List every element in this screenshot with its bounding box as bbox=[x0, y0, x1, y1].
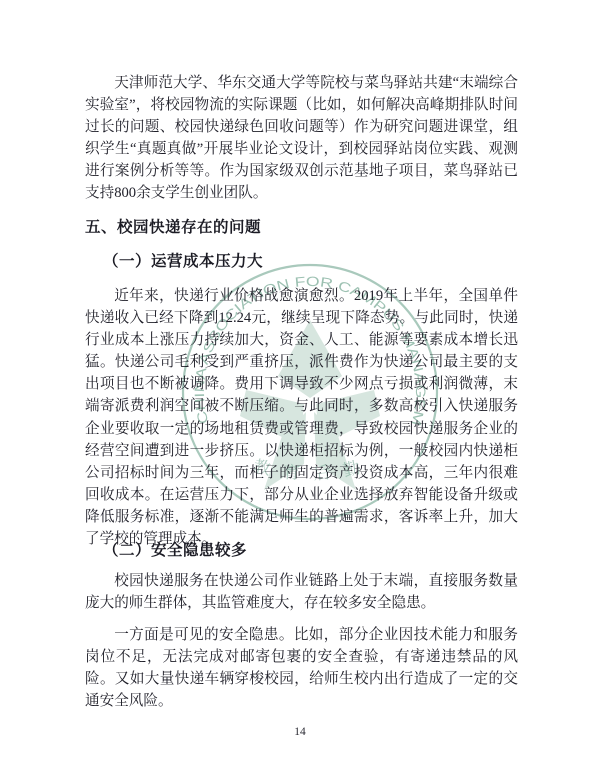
paragraph-safety-visible: 一方面是可见的安全隐患。比如，部分企业因技术能力和服务岗位不足，无法完成对邮寄包… bbox=[85, 624, 518, 712]
subheading-safety-risks: （二）安全隐患较多 bbox=[103, 538, 536, 560]
paragraph-campus-cooperation: 天津师范大学、华东交通大学等院校与菜鸟驿站共建“末端综合实验室”，将校园物流的实… bbox=[85, 72, 518, 205]
paragraph-operating-cost: 近年来，快递行业价格战愈演愈烈。2019年上半年，全国单件快递收入已经下降到12… bbox=[85, 285, 518, 550]
document-page: CHINA ASSOCIATION FOR CAMPUS MANAGEMENT … bbox=[0, 0, 600, 776]
page-number: 14 bbox=[0, 726, 600, 738]
paragraph-safety-intro: 校园快递服务在快递公司作业链路上处于末端，直接服务数量庞大的师生群体，其监管难度… bbox=[85, 570, 518, 614]
section-heading-problems: 五、校园快递存在的问题 bbox=[85, 215, 518, 237]
subheading-operating-cost: （一）运营成本压力大 bbox=[103, 249, 536, 271]
